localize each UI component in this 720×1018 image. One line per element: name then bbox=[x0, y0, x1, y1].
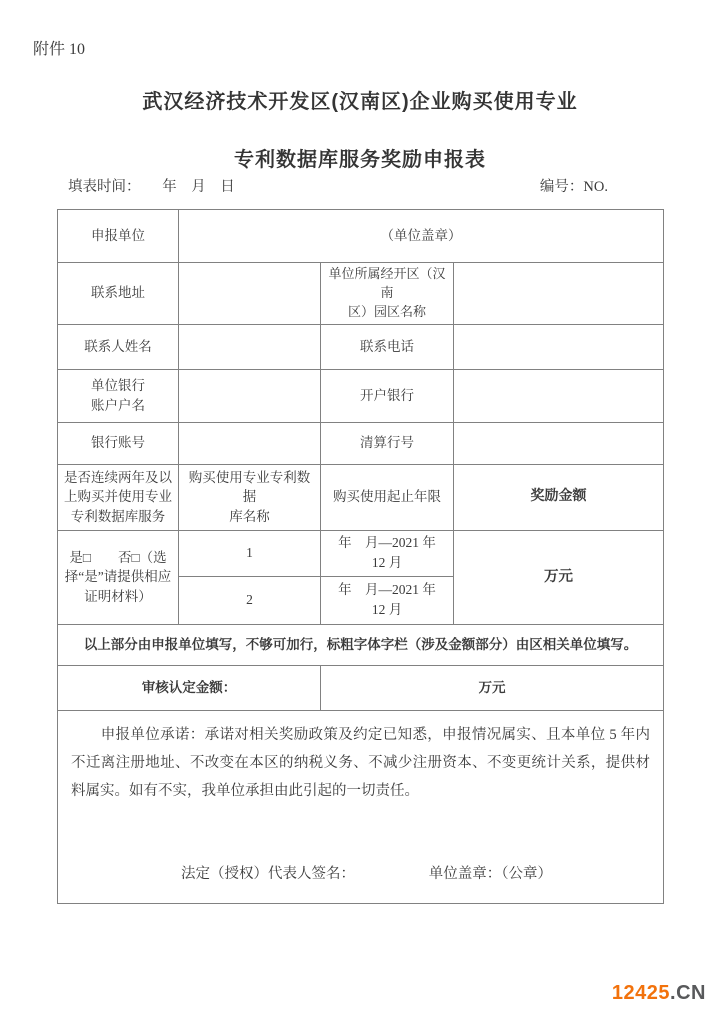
contact-name-label: 联系人姓名 bbox=[58, 324, 179, 369]
bank-account-name-label: 单位银行 账户户名 bbox=[58, 369, 179, 422]
opening-bank-label: 开户银行 bbox=[321, 369, 454, 422]
contact-phone-label: 联系电话 bbox=[321, 324, 454, 369]
entry-2-number: 2 bbox=[179, 576, 321, 624]
document-page: 附件 10 武汉经济技术开发区(汉南区)企业购买使用专业 专利数据库服务奖励申报… bbox=[0, 0, 720, 1018]
row-bank-account-name: 单位银行 账户户名 开户银行 bbox=[58, 369, 664, 422]
bank-account-no-value-cell bbox=[179, 422, 321, 464]
site-logo-number[interactable]: 12425 bbox=[612, 982, 670, 1004]
entry-1-period: 年 月—2021 年 12 月 bbox=[321, 530, 454, 576]
unit-seal-hint: （单位盖章） bbox=[381, 228, 462, 243]
row-declare-unit: 申报单位 （单位盖章） bbox=[58, 210, 664, 263]
serial-no-label: 编号：NO. bbox=[540, 175, 608, 196]
db-name-label: 购买使用专业专利数据 库名称 bbox=[179, 464, 321, 530]
commitment-cell: 申报单位承诺：承诺对相关奖励政策及约定已知悉，申报情况属实、且本单位 5 年内不… bbox=[58, 710, 664, 903]
approved-amount-label: 审核认定金额： bbox=[58, 665, 321, 710]
site-logo[interactable]: 12425.CN bbox=[612, 982, 706, 1005]
entry-1-number: 1 bbox=[179, 530, 321, 576]
bank-account-name-value-cell bbox=[179, 369, 321, 422]
yes-no-choice-cell: 是□ 否□（选 择“是”请提供相应 证明材料） bbox=[58, 530, 179, 624]
clearing-bank-no-value-cell bbox=[454, 422, 664, 464]
declare-unit-label: 申报单位 bbox=[58, 210, 179, 263]
document-title-line1: 武汉经济技术开发区(汉南区)企业购买使用专业 bbox=[0, 85, 720, 114]
contact-name-value-cell bbox=[179, 324, 321, 369]
row-commitment: 申报单位承诺：承诺对相关奖励政策及约定已知悉，申报情况属实、且本单位 5 年内不… bbox=[58, 710, 664, 903]
row-contact-person: 联系人姓名 联系电话 bbox=[58, 324, 664, 369]
row-fill-note: 以上部分由申报单位填写，不够可加行，标粗字体字栏（涉及金额部分）由区相关单位填写… bbox=[58, 624, 664, 665]
site-logo-suffix[interactable]: .CN bbox=[670, 982, 706, 1004]
fill-time-label: 填表时间： 年 月 日 bbox=[68, 175, 235, 196]
contact-phone-value-cell bbox=[454, 324, 664, 369]
contact-address-label: 联系地址 bbox=[58, 263, 179, 325]
fill-note-text: 以上部分由申报单位填写，不够可加行，标粗字体字栏（涉及金额部分）由区相关单位填写… bbox=[58, 624, 664, 665]
row-approved-amount: 审核认定金额： 万元 bbox=[58, 665, 664, 710]
entry-2-period: 年 月—2021 年 12 月 bbox=[321, 576, 454, 624]
commitment-text: 申报单位承诺：承诺对相关奖励政策及约定已知悉，申报情况属实、且本单位 5 年内不… bbox=[71, 721, 650, 806]
approved-amount-unit: 万元 bbox=[321, 665, 664, 710]
opening-bank-value-cell bbox=[454, 369, 664, 422]
clearing-bank-no-label: 清算行号 bbox=[321, 422, 454, 464]
period-label: 购买使用起止年限 bbox=[321, 464, 454, 530]
park-name-value-cell bbox=[454, 263, 664, 325]
contact-address-value-cell bbox=[179, 263, 321, 325]
row-contact-address: 联系地址 单位所属经开区（汉南 区）园区名称 bbox=[58, 263, 664, 325]
signature-row: 法定（授权）代表人签名： 单位盖章：（公章） bbox=[71, 864, 650, 885]
meta-row: 填表时间： 年 月 日 编号：NO. bbox=[68, 175, 608, 196]
row-purchase-entry-1: 是□ 否□（选 择“是”请提供相应 证明材料） 1 年 月—2021 年 12 … bbox=[58, 530, 664, 576]
application-form-table: 申报单位 （单位盖章） 联系地址 单位所属经开区（汉南 区）园区名称 联系人姓名… bbox=[57, 209, 664, 904]
bank-account-no-label: 银行账号 bbox=[58, 422, 179, 464]
reward-unit-cell: 万元 bbox=[454, 530, 664, 624]
reward-amount-label: 奖励金额 bbox=[454, 464, 664, 530]
unit-seal-label: 单位盖章：（公章） bbox=[429, 864, 552, 885]
document-title-line2: 专利数据库服务奖励申报表 bbox=[0, 143, 720, 172]
continuous-question-label: 是否连续两年及以 上购买并使用专业 专利数据库服务 bbox=[58, 464, 179, 530]
row-bank-account-no: 银行账号 清算行号 bbox=[58, 422, 664, 464]
park-name-label: 单位所属经开区（汉南 区）园区名称 bbox=[321, 263, 454, 325]
attachment-label: 附件 10 bbox=[33, 36, 85, 59]
declare-unit-value-cell: （单位盖章） bbox=[179, 210, 664, 263]
legal-representative-signature-label: 法定（授权）代表人签名： bbox=[181, 864, 355, 885]
row-purchase-header: 是否连续两年及以 上购买并使用专业 专利数据库服务 购买使用专业专利数据 库名称… bbox=[58, 464, 664, 530]
